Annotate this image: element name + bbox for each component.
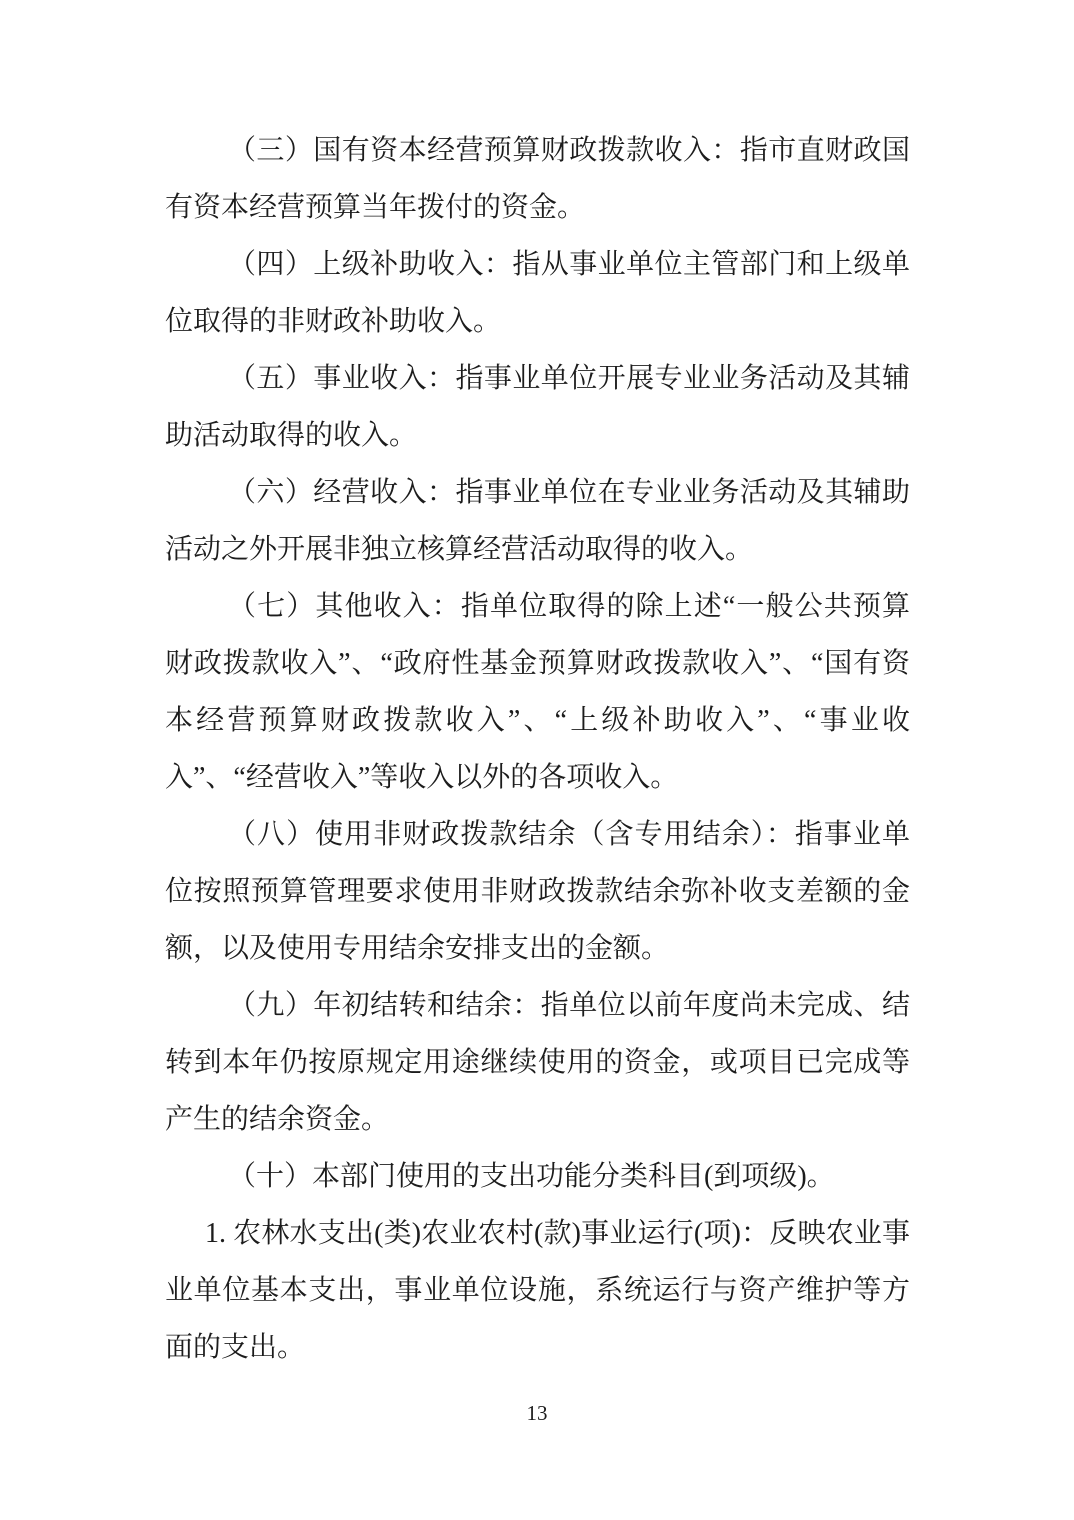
paragraph-item-3: （三）国有资本经营预算财政拨款收入：指市直财政国有资本经营预算当年拨付的资金。 — [165, 122, 910, 236]
paragraph-item-9: （九）年初结转和结余：指单位以前年度尚未完成、结转到本年仍按原规定用途继续使用的… — [165, 977, 910, 1148]
page-number: 13 — [0, 1398, 1074, 1428]
paragraph-item-7: （七）其他收入：指单位取得的除上述“一般公共预算财政拨款收入”、“政府性基金预算… — [165, 578, 910, 806]
document-page: （三）国有资本经营预算财政拨款收入：指市直财政国有资本经营预算当年拨付的资金。 … — [0, 0, 1074, 1520]
paragraph-subitem-1: 1. 农林水支出(类)农业农村(款)事业运行(项)：反映农业事业单位基本支出，事… — [165, 1205, 910, 1376]
paragraph-item-5: （五）事业收入：指事业单位开展专业业务活动及其辅助活动取得的收入。 — [165, 350, 910, 464]
paragraph-item-6: （六）经营收入：指事业单位在专业业务活动及其辅助活动之外开展非独立核算经营活动取… — [165, 464, 910, 578]
paragraph-item-10: （十）本部门使用的支出功能分类科目(到项级)。 — [165, 1148, 910, 1205]
paragraph-item-4: （四）上级补助收入：指从事业单位主管部门和上级单位取得的非财政补助收入。 — [165, 236, 910, 350]
document-content: （三）国有资本经营预算财政拨款收入：指市直财政国有资本经营预算当年拨付的资金。 … — [165, 122, 910, 1376]
paragraph-item-8: （八）使用非财政拨款结余（含专用结余）：指事业单位按照预算管理要求使用非财政拨款… — [165, 806, 910, 977]
